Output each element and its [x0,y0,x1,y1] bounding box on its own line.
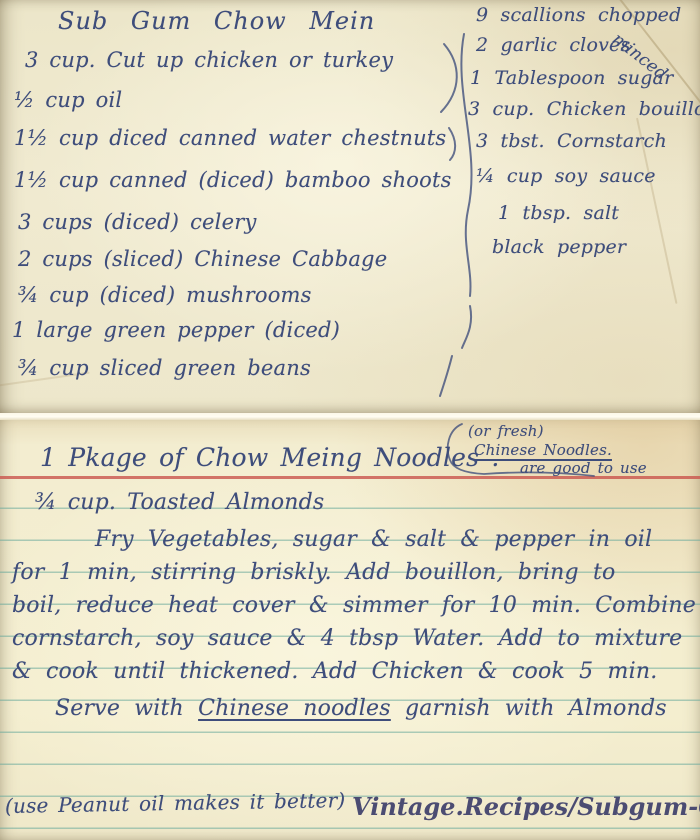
ingredient-line: black pepper [492,237,626,259]
ingredient-line: 2 garlic cloves [476,35,630,57]
ingredient-line: ¼ cup soy sauce [476,166,656,188]
ingredient-line: 3 cups (diced) celery [18,210,257,234]
ingredient-line: 3 cup. Cut up chicken or turkey [25,48,393,72]
bottom-recipe-card: 1 Pkage of Chow Meing Noodles . (or fres… [0,420,700,840]
ingredient-line: 1 Tablespoon sugar [470,68,673,90]
ingredient-line: 1 Pkage of Chow Meing Noodles . [40,444,500,473]
instruction-line: for 1 min, stirring briskly. Add bouillo… [12,560,615,585]
margin-note-line: Chinese Noodles. [474,441,612,459]
ingredient-line: ¾ cup sliced green beans [18,356,311,380]
instruction-line: Serve with Chinese noodles garnish with … [55,696,667,721]
serve-text-pre: Serve with [55,696,198,721]
top-recipe-card: Sub Gum Chow Mein 3 cup. Cut up chicken … [0,0,700,413]
recipe-card-scan: Sub Gum Chow Mein 3 cup. Cut up chicken … [0,0,700,840]
ingredient-line: 9 scallions chopped [476,5,681,27]
recipe-title: Sub Gum Chow Mein [58,8,375,36]
instruction-line: cornstarch, soy sauce & 4 tbsp Water. Ad… [12,626,682,651]
serve-text-post: garnish with Almonds [391,696,667,721]
serve-text-underlined: Chinese noodles [198,696,391,721]
ingredient-line: 1½ cup canned (diced) bamboo shoots [14,168,452,192]
card-gap [0,413,700,420]
watermark: Vintage.Recipes/Subgum-Chow-Mein [352,792,700,821]
ingredient-line: 3 tbst. Cornstarch [476,131,667,153]
instruction-line: & cook until thickened. Add Chicken & co… [12,659,657,684]
margin-note-line: (or fresh) [468,422,544,440]
ingredient-line: 3 cup. Chicken bouillon [468,99,700,121]
margin-note-line: are good to use [520,459,647,477]
ingredient-line: ¾ cup (diced) mushrooms [18,283,312,307]
instruction-line: boil, reduce heat cover & simmer for 10 … [12,593,696,618]
ingredient-line: 2 cups (sliced) Chinese Cabbage [18,247,387,271]
ingredient-line: 1½ cup diced canned water chestnuts [14,126,446,150]
ingredient-line: 1 tbsp. salt [498,203,619,225]
ingredient-line: 1 large green pepper (diced) [12,318,340,342]
ingredient-line: ½ cup oil [14,88,122,112]
ingredient-line: ¾ cup. Toasted Almonds [35,490,324,515]
instruction-line: Fry Vegetables, sugar & salt & pepper in… [95,527,652,552]
